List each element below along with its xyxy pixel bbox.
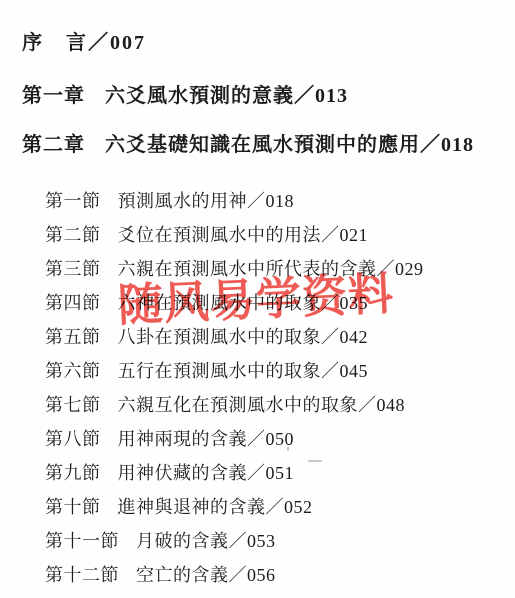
- section-text: 六親互化在預測風水中的取象／048: [118, 388, 406, 422]
- slash-separator: ／: [266, 497, 285, 517]
- section-list: 第一節預測風水的用神／018第二節爻位在預測風水中的用法／021第三節六親在預測…: [22, 184, 515, 592]
- slash-separator: ／: [321, 293, 340, 313]
- scan-artifact-dash: [308, 460, 322, 462]
- section-page-number: 035: [340, 293, 369, 313]
- section-page-number: 048: [377, 395, 406, 415]
- section-text: 六親在預測風水中所代表的含義／029: [118, 252, 424, 286]
- scan-artifact-dot: [287, 447, 289, 451]
- toc-preface-row: 序 言／007: [22, 31, 515, 55]
- section-title: 空亡的含義: [136, 565, 229, 585]
- section-page-number: 056: [247, 565, 276, 585]
- section-label: 第八節: [45, 422, 101, 456]
- section-label: 第七節: [45, 388, 101, 422]
- section-row: 第五節八卦在預測風水中的取象／042: [45, 320, 515, 354]
- section-text: 用神兩現的含義／050: [118, 422, 295, 456]
- slash-separator: ／: [294, 85, 315, 107]
- section-row: 第十節進神與退神的含義／052: [45, 490, 515, 524]
- section-label: 第六節: [45, 354, 101, 388]
- slash-separator: ／: [247, 463, 266, 483]
- section-page-number: 042: [340, 327, 369, 347]
- section-row: 第六節五行在預測風水中的取象／045: [45, 354, 515, 388]
- section-label: 第十節: [45, 490, 101, 524]
- section-label: 第一節: [45, 184, 101, 218]
- section-page-number: 051: [266, 463, 295, 483]
- section-label: 第三節: [45, 252, 101, 286]
- section-text: 爻位在預測風水中的用法／021: [118, 218, 369, 252]
- chapter-text: 六爻基礎知識在風水預測中的應用／018: [105, 133, 474, 157]
- section-row: 第一節預測風水的用神／018: [45, 184, 515, 218]
- section-page-number: 018: [266, 191, 295, 211]
- section-row: 第十二節空亡的含義／056: [45, 558, 515, 592]
- chapter-list: 第一章六爻風水預測的意義／013第二章六爻基礎知識在風水預測中的應用／018: [22, 84, 515, 157]
- slash-separator: ／: [377, 259, 396, 279]
- toc-page: 序 言／007 第一章六爻風水預測的意義／013第二章六爻基礎知識在風水預測中的…: [0, 0, 515, 598]
- section-label: 第五節: [45, 320, 101, 354]
- slash-separator: ／: [420, 134, 441, 156]
- section-text: 預測風水的用神／018: [118, 184, 295, 218]
- section-page-number: 029: [395, 259, 424, 279]
- slash-separator: ／: [321, 361, 340, 381]
- chapter-row: 第一章六爻風水預測的意義／013: [22, 84, 515, 108]
- section-page-number: 050: [266, 429, 295, 449]
- chapter-page-number: 018: [441, 134, 474, 156]
- section-title: 八卦在預測風水中的取象: [118, 327, 322, 347]
- section-text: 用神伏藏的含義／051: [118, 456, 295, 490]
- section-title: 六親互化在預測風水中的取象: [118, 395, 359, 415]
- chapter-label: 第二章: [22, 133, 85, 157]
- chapter-label: 第一章: [22, 84, 85, 108]
- section-title: 五行在預測風水中的取象: [118, 361, 322, 381]
- section-row: 第三節六親在預測風水中所代表的含義／029: [45, 252, 515, 286]
- section-title: 六親在預測風水中所代表的含義: [118, 259, 377, 279]
- chapter-title: 六爻風水預測的意義: [105, 85, 294, 107]
- section-text: 空亡的含義／056: [136, 558, 276, 592]
- section-label: 第九節: [45, 456, 101, 490]
- section-label: 第十一節: [45, 524, 119, 558]
- chapter-title: 六爻基礎知識在風水預測中的應用: [105, 134, 420, 156]
- section-page-number: 052: [284, 497, 313, 517]
- section-page-number: 045: [340, 361, 369, 381]
- section-page-number: 021: [340, 225, 369, 245]
- section-title: 爻位在預測風水中的用法: [118, 225, 322, 245]
- slash-separator: ／: [247, 191, 266, 211]
- section-title: 進神與退神的含義: [118, 497, 266, 517]
- slash-separator: ／: [321, 327, 340, 347]
- chapter-page-number: 013: [315, 85, 348, 107]
- section-label: 第十二節: [45, 558, 119, 592]
- section-row: 第七節六親互化在預測風水中的取象／048: [45, 388, 515, 422]
- section-title: 月破的含義: [136, 531, 229, 551]
- section-text: 八卦在預測風水中的取象／042: [118, 320, 369, 354]
- slash-separator: ／: [358, 395, 377, 415]
- section-row: 第八節用神兩現的含義／050: [45, 422, 515, 456]
- preface-title: 序 言: [22, 32, 88, 54]
- section-row: 第二節爻位在預測風水中的用法／021: [45, 218, 515, 252]
- section-title: 六神在預測風水中的取象: [118, 293, 322, 313]
- slash-separator: ／: [229, 531, 248, 551]
- section-row: 第十一節月破的含義／053: [45, 524, 515, 558]
- slash-separator: ／: [321, 225, 340, 245]
- section-title: 用神伏藏的含義: [118, 463, 248, 483]
- section-row: 第四節六神在預測風水中的取象／035: [45, 286, 515, 320]
- section-title: 用神兩現的含義: [118, 429, 248, 449]
- section-title: 預測風水的用神: [118, 191, 248, 211]
- preface-page-number: 007: [110, 32, 146, 54]
- slash-separator: ／: [229, 565, 248, 585]
- section-label: 第二節: [45, 218, 101, 252]
- section-text: 六神在預測風水中的取象／035: [118, 286, 369, 320]
- section-row: 第九節用神伏藏的含義／051: [45, 456, 515, 490]
- section-text: 五行在預測風水中的取象／045: [118, 354, 369, 388]
- section-page-number: 053: [247, 531, 276, 551]
- slash-separator: ／: [88, 32, 110, 54]
- section-text: 進神與退神的含義／052: [118, 490, 313, 524]
- chapter-text: 六爻風水預測的意義／013: [105, 84, 348, 108]
- slash-separator: ／: [247, 429, 266, 449]
- chapter-row: 第二章六爻基礎知識在風水預測中的應用／018: [22, 133, 515, 157]
- section-text: 月破的含義／053: [136, 524, 276, 558]
- section-label: 第四節: [45, 286, 101, 320]
